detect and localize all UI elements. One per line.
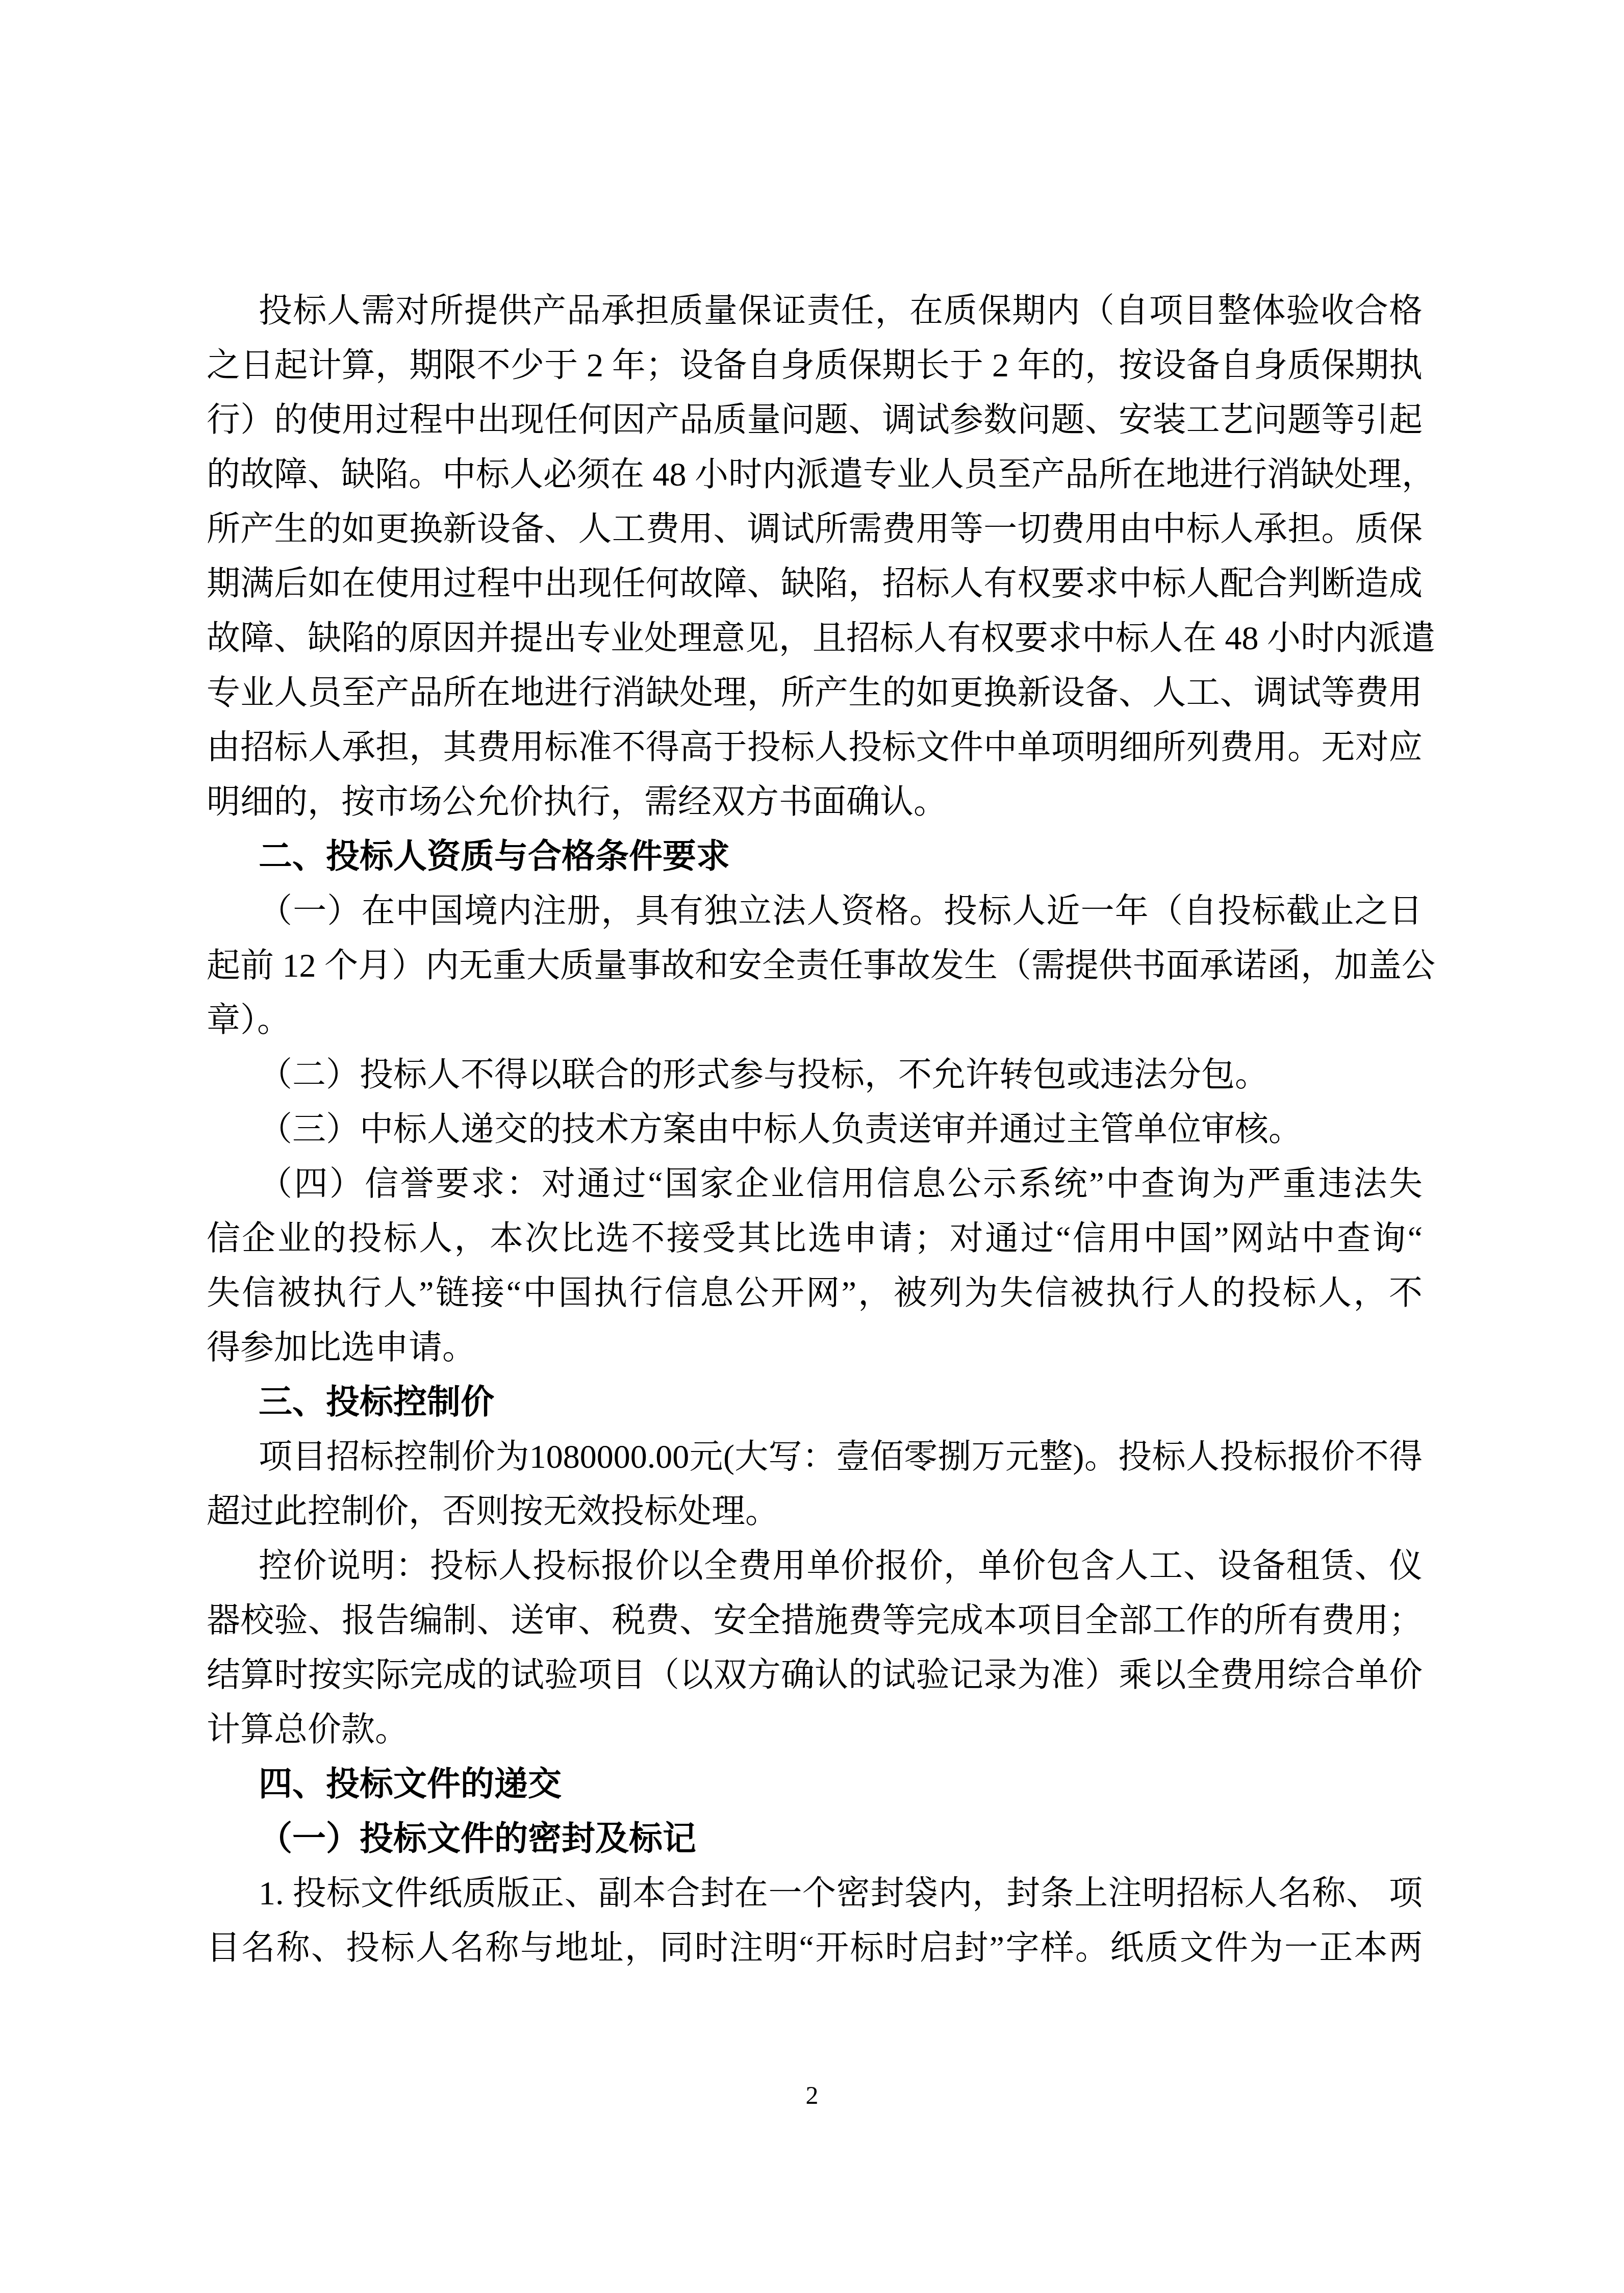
document-line: 投标人需对所提供产品承担质量保证责任，在质保期内（自项目整体验收合格 (207, 284, 1423, 338)
document-line: （一）在中国境内注册，具有独立法人资格。投标人近一年（自投标截止之日 (207, 884, 1423, 938)
document-line: 的故障、缺陷。中标人必须在 48 小时内派遣专业人员至产品所在地进行消缺处理， (207, 447, 1423, 502)
document-line: 计算总价款。 (207, 1702, 1423, 1757)
document-line: 控价说明：投标人投标报价以全费用单价报价，单价包含人工、设备租赁、仪 (207, 1539, 1423, 1593)
document-line: 行）的使用过程中出现任何因产品质量问题、调试参数问题、安装工艺问题等引起 (207, 393, 1423, 447)
document-line: 之日起计算，期限不少于 2 年；设备自身质保期长于 2 年的，按设备自身质保期执 (207, 338, 1423, 393)
document-line: 得参加比选申请。 (207, 1320, 1423, 1375)
document-line: 期满后如在使用过程中出现任何故障、缺陷，招标人有权要求中标人配合判断造成 (207, 556, 1423, 611)
document-line: （二）投标人不得以联合的形式参与投标，不允许转包或违法分包。 (207, 1048, 1423, 1102)
document-body: 投标人需对所提供产品承担质量保证责任，在质保期内（自项目整体验收合格之日起计算，… (207, 284, 1423, 1975)
document-line: 项目招标控制价为1080000.00元(大写：壹佰零捌万元整)。投标人投标报价不… (207, 1430, 1423, 1484)
document-line: 章）。 (207, 993, 1423, 1048)
section-heading-4: 四、投标文件的递交 (207, 1757, 1423, 1812)
document-line: （四）信誉要求：对通过“国家企业信用信息公示系统”中查询为严重违法失 (207, 1157, 1423, 1211)
document-line: （三）中标人递交的技术方案由中标人负责送审并通过主管单位审核。 (207, 1102, 1423, 1157)
document-line: 失信被执行人”链接“中国执行信息公开网”，被列为失信被执行人的投标人，不 (207, 1266, 1423, 1320)
section-heading-3: 三、投标控制价 (207, 1375, 1423, 1430)
document-line: 起前 12 个月）内无重大质量事故和安全责任事故发生（需提供书面承诺函，加盖公 (207, 938, 1423, 993)
page-number: 2 (0, 2080, 1624, 2110)
document-line: 专业人员至产品所在地进行消缺处理，所产生的如更换新设备、人工、调试等费用 (207, 666, 1423, 720)
document-line: 由招标人承担，其费用标准不得高于投标人投标文件中单项明细所列费用。无对应 (207, 720, 1423, 775)
document-line: 故障、缺陷的原因并提出专业处理意见，且招标人有权要求中标人在 48 小时内派遣 (207, 611, 1423, 666)
section-heading-2: 二、投标人资质与合格条件要求 (207, 829, 1423, 884)
subsection-heading-4-1: （一）投标文件的密封及标记 (207, 1812, 1423, 1866)
document-line: 器校验、报告编制、送审、税费、安全措施费等完成本项目全部工作的所有费用； (207, 1593, 1423, 1648)
document-line: 结算时按实际完成的试验项目（以双方确认的试验记录为准）乘以全费用综合单价 (207, 1648, 1423, 1702)
document-line: 所产生的如更换新设备、人工费用、调试所需费用等一切费用由中标人承担。质保 (207, 502, 1423, 556)
document-line: 1. 投标文件纸质版正、副本合封在一个密封袋内，封条上注明招标人名称、 项 (207, 1866, 1423, 1921)
document-line: 超过此控制价，否则按无效投标处理。 (207, 1484, 1423, 1539)
document-line: 明细的，按市场公允价执行，需经双方书面确认。 (207, 775, 1423, 829)
document-page: 投标人需对所提供产品承担质量保证责任，在质保期内（自项目整体验收合格之日起计算，… (0, 0, 1624, 2293)
document-line: 目名称、投标人名称与地址，同时注明“开标时启封”字样。纸质文件为一正本两 (207, 1921, 1423, 1975)
document-line: 信企业的投标人，本次比选不接受其比选申请；对通过“信用中国”网站中查询“ (207, 1211, 1423, 1266)
